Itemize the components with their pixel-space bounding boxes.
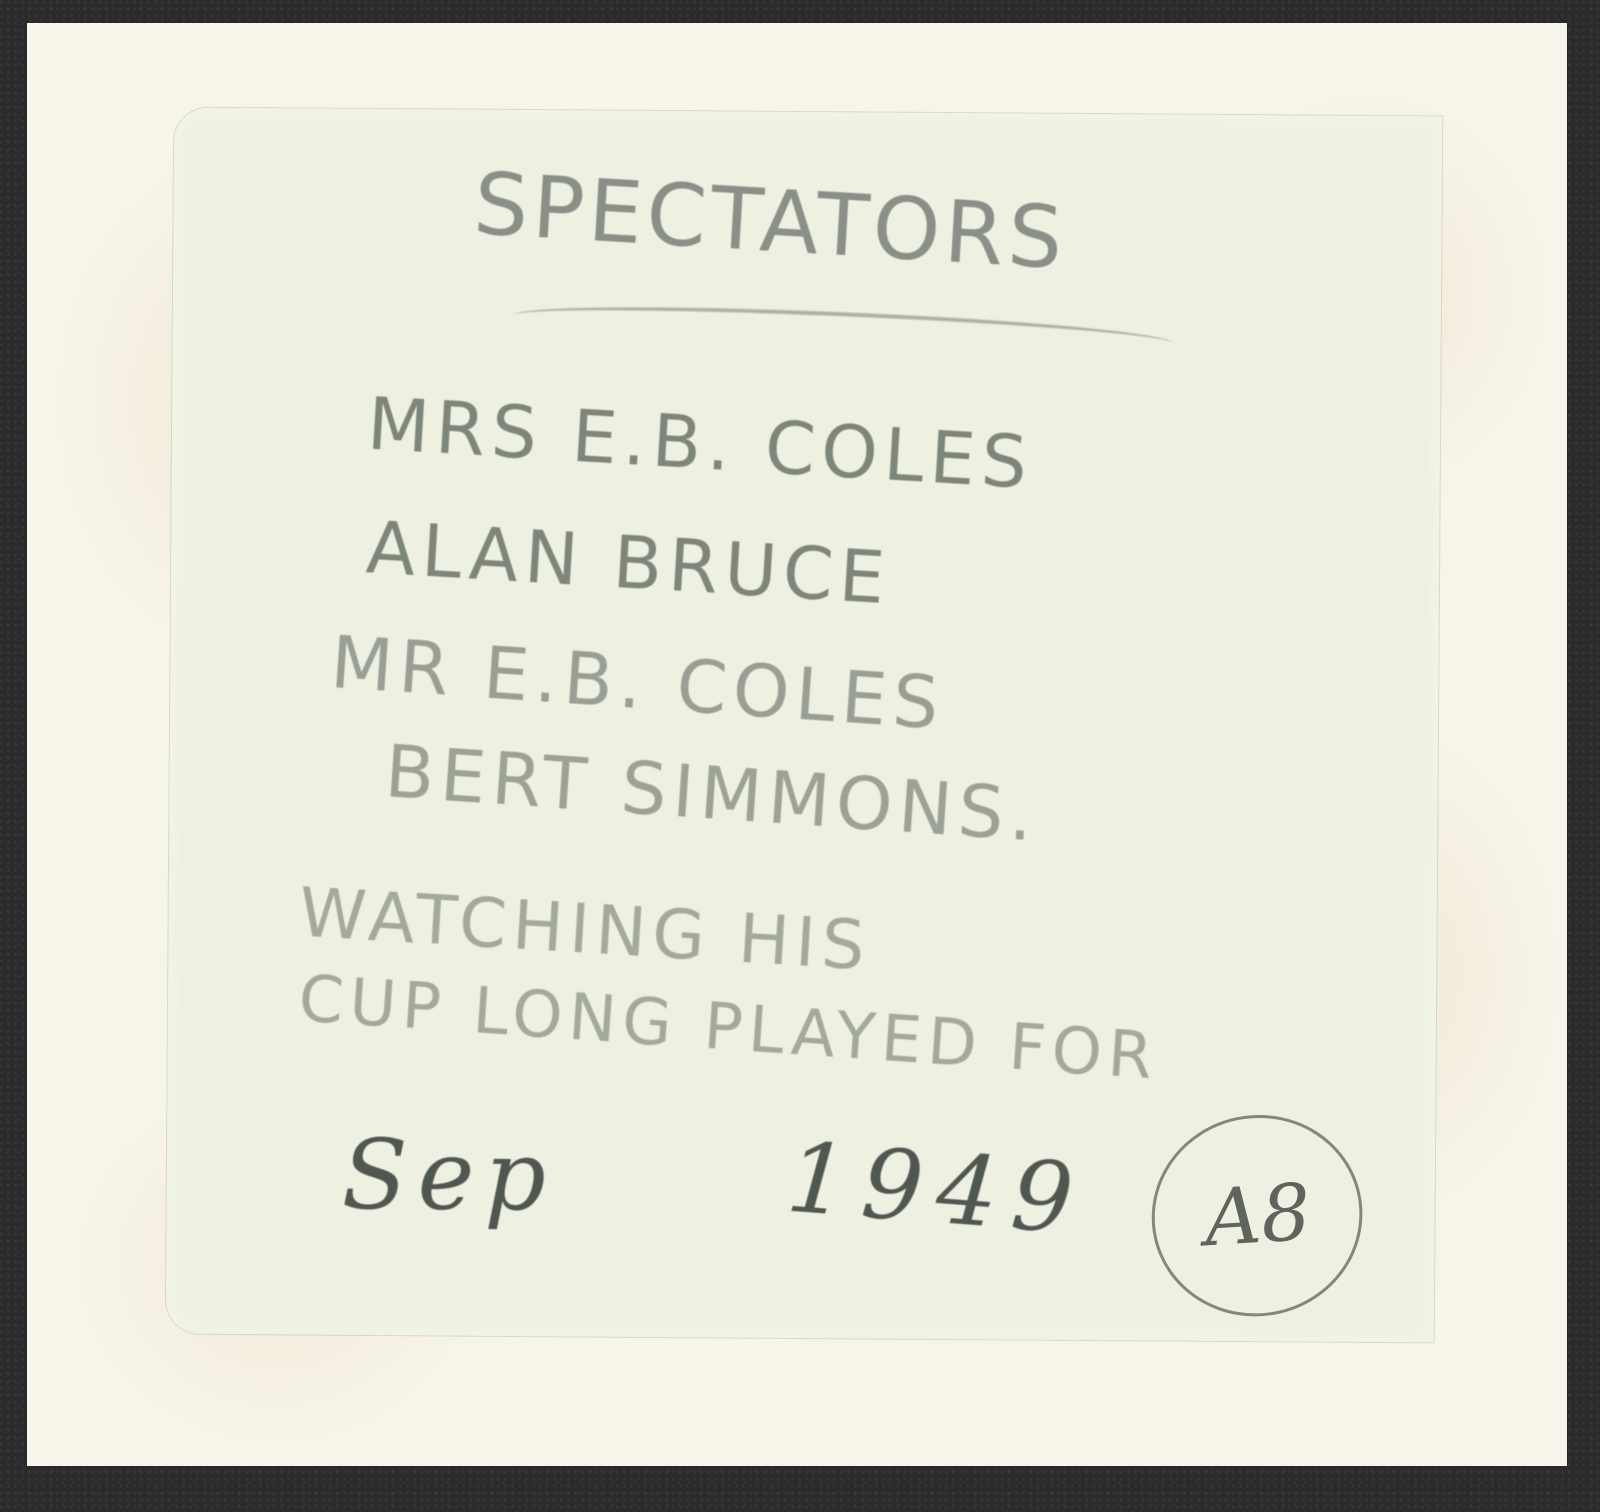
- name-line: MRS E.B. COLES: [365, 382, 1035, 505]
- caption-line: CUP LONG PLAYED FOR: [296, 962, 1160, 1094]
- reference-code-circle: A8: [1134, 1096, 1381, 1335]
- reference-code: A8: [1201, 1167, 1312, 1263]
- date-year: 1949: [783, 1122, 1091, 1257]
- name-line: BERT SIMMONS.: [382, 729, 1041, 857]
- heading-spectators: SPECTATORS: [471, 154, 1069, 289]
- heading-underline: [512, 298, 1173, 360]
- name-line: ALAN BRUCE: [364, 505, 893, 620]
- handwritten-label: SPECTATORS MRS E.B. COLES ALAN BRUCE MR …: [166, 108, 1443, 1343]
- photo-mount-card: SPECTATORS MRS E.B. COLES ALAN BRUCE MR …: [27, 23, 1567, 1466]
- date-month: Sep: [341, 1119, 556, 1232]
- name-line: MR E.B. COLES: [328, 620, 947, 746]
